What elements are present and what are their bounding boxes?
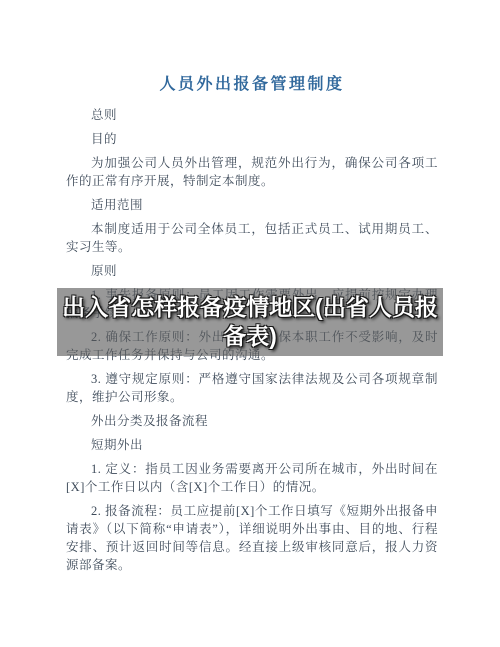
watermark-band: 出入省怎样报备疫情地区(出省人员报备表): [57, 288, 443, 356]
section-heading: 外出分类及报备流程: [66, 412, 438, 430]
paragraph: 2. 报备流程：员工应提前[X]个工作日填写《短期外出报备申请表》（以下简称“申…: [66, 502, 438, 574]
watermark-title: 出入省怎样报备疫情地区(出省人员报备表): [57, 293, 443, 351]
paragraph: 为加强公司人员外出管理，规范外出行为，确保公司各项工作的正常有序开展，特制定本制…: [66, 154, 438, 190]
section-heading: 总则: [66, 106, 438, 124]
paragraph: 3. 遵守规定原则：严格遵守国家法律法规及公司各项规章制度，维护公司形象。: [66, 370, 438, 406]
document-content: 人员外出报备管理制度 总则目的为加强公司人员外出管理，规范外出行为，确保公司各项…: [0, 0, 500, 574]
section-heading: 短期外出: [66, 436, 438, 454]
paragraph: 本制度适用于公司全体员工，包括正式员工、试用期员工、实习生等。: [66, 220, 438, 256]
section-heading: 适用范围: [66, 196, 438, 214]
section-heading: 目的: [66, 130, 438, 148]
paragraph: 1. 定义：指员工因业务需要离开公司所在城市，外出时间在[X]个工作日以内（含[…: [66, 460, 438, 496]
document-page: 人员外出报备管理制度 总则目的为加强公司人员外出管理，规范外出行为，确保公司各项…: [0, 0, 500, 647]
document-title: 人员外出报备管理制度: [66, 74, 438, 96]
section-heading: 原则: [66, 262, 438, 280]
